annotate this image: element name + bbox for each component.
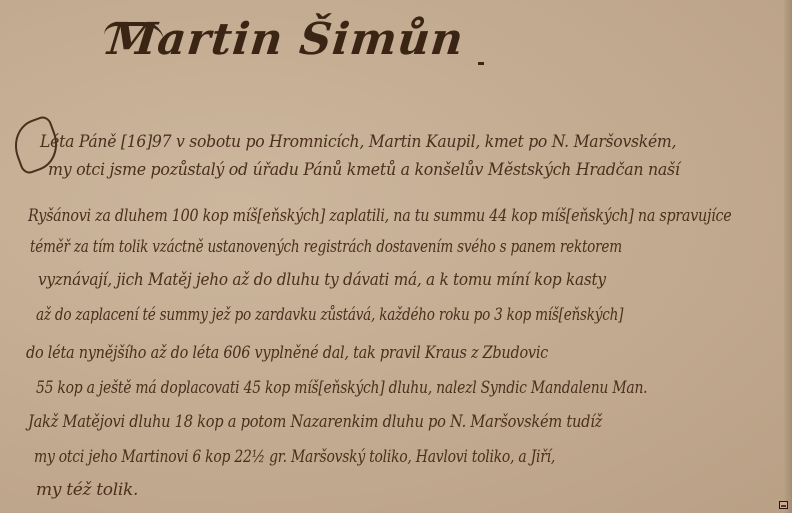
text-line-9: Jakž Matějovi dluhu 18 kop a potom Nazar… bbox=[28, 412, 602, 432]
page-heading: Martin Šimůn bbox=[105, 14, 466, 65]
minimize-icon[interactable] bbox=[779, 501, 788, 509]
text-line-2: my otci jsme pozůstalý od úřadu Pánů kme… bbox=[48, 160, 680, 180]
text-line-4: téměř za tím tolik vzáctně ustanovených … bbox=[30, 237, 622, 257]
text-line-1: Léta Páně [16]97 v sobotu po Hromnicích,… bbox=[40, 132, 676, 152]
text-line-6: až do zaplacení té summy jež po zardavku… bbox=[36, 305, 623, 325]
text-line-11: my též tolik. bbox=[36, 480, 138, 500]
text-line-8: 55 kop a ještě má doplacovati 45 kop míš… bbox=[36, 378, 647, 398]
text-line-10: my otci jeho Martinovi 6 kop 22½ gr. Mar… bbox=[34, 447, 555, 467]
manuscript-page: Martin Šimůn Léta Páně [16]97 v sobotu p… bbox=[0, 0, 792, 513]
page-edge bbox=[784, 0, 792, 513]
heading-period bbox=[478, 62, 484, 65]
text-line-7: do léta nynějšího až do léta 606 vyplněn… bbox=[26, 343, 548, 363]
text-line-5: vyznávají, jich Matěj jeho až do dluhu t… bbox=[38, 270, 606, 290]
text-line-3: Ryšánovi za dluhem 100 kop míš[eňských] … bbox=[28, 206, 731, 226]
